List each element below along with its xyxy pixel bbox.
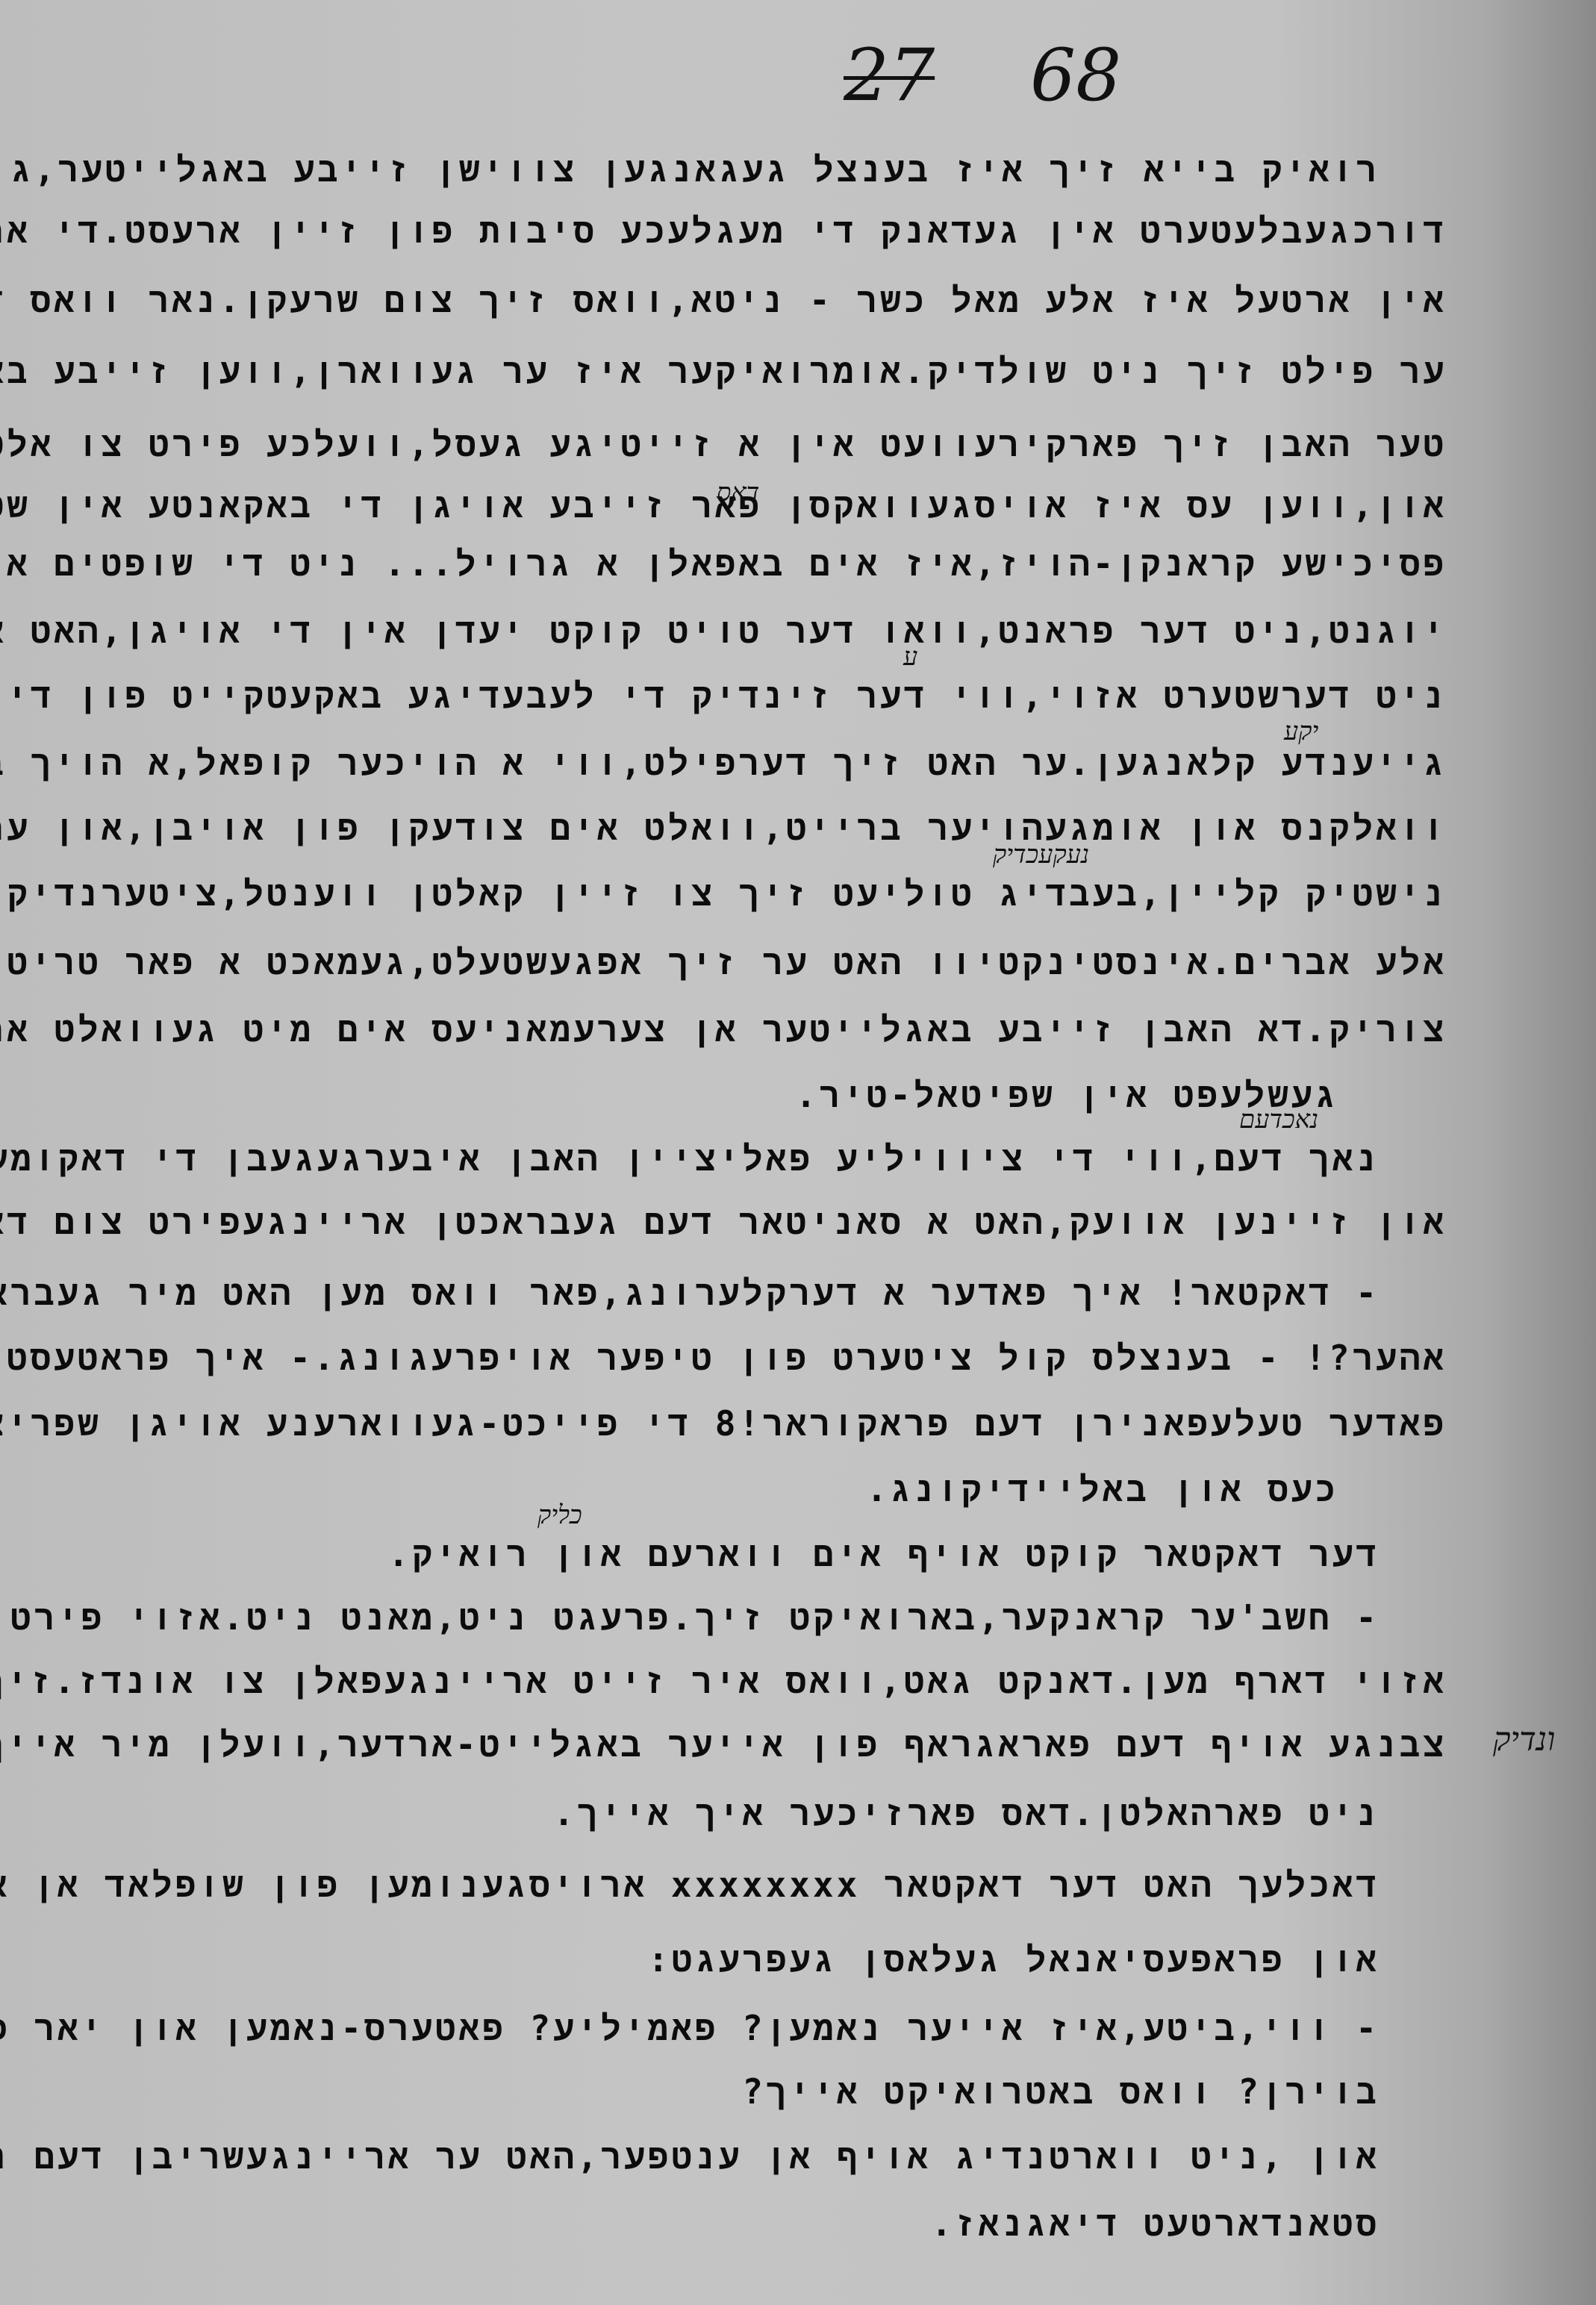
handwritten-note: דאס bbox=[717, 478, 759, 508]
text-line: - דאקטאר! איך פאדער א דערקלערונג,פאר ווא… bbox=[0, 1273, 1380, 1315]
text-line: סטאנדארטעט דיאגנאז. bbox=[931, 2203, 1380, 2246]
text-line: פסיכישע קראנקן-הויז,איז אים באפאלן א גרו… bbox=[0, 543, 1447, 586]
text-line: כעס און באליידיקונג. bbox=[867, 1469, 1338, 1512]
text-line: בוירן? וואס באטרואיקט אייך? bbox=[742, 2071, 1380, 2114]
text-line: טער האבן זיך פארקירעוועט אין א זייטיגע ג… bbox=[0, 424, 1447, 467]
handwritten-note: ע bbox=[903, 642, 917, 672]
text-line: - ווי,ביטע,איז אייער נאמען? פאמיליע? פאט… bbox=[0, 2008, 1380, 2050]
handwritten-note: יקע bbox=[1284, 717, 1318, 746]
handwritten-note: נאכדעם bbox=[1239, 1105, 1318, 1135]
text-line: ער פילט זיך ניט שולדיק.אומרואיקער איז ער… bbox=[0, 351, 1447, 393]
text-line: אזוי דארף מען.דאנקט גאט,וואס איר זייט אר… bbox=[0, 1661, 1447, 1703]
page-number: 68 bbox=[1030, 34, 1121, 117]
text-line: דאכלעך האט דער דאקטאר xxxxxxxx ארויסגענו… bbox=[0, 1865, 1380, 1907]
text-line: ניט דערשטערט אזוי,ווי דער זינדיק די לעבע… bbox=[0, 676, 1447, 718]
text-line: רואיק בייא זיך איז בענצל געגאנגען צווישן… bbox=[0, 149, 1380, 192]
text-line: און ,ניט ווארטנדיג אויף אן ענטפער,האט ער… bbox=[0, 2136, 1380, 2179]
text-line: אהער?! - בענצלס קול ציטערט פון טיפער אוי… bbox=[0, 1338, 1447, 1380]
handwritten-note: נעקעכדיק bbox=[993, 840, 1089, 870]
text-line: פאדער טעלעפאנירן דעם פראקוראר!8 די פייכט… bbox=[0, 1403, 1447, 1446]
text-line: ניט פארהאלטן.דאס פארזיכער איך אייך. bbox=[553, 1793, 1380, 1835]
text-line: און פראפעסיאנאל געלאסן געפרעגט: bbox=[648, 1939, 1380, 1982]
page-number-struck: 27 bbox=[844, 34, 935, 117]
text-line: צבנגע אויף דעם פאראגראף פון אייער באגליי… bbox=[0, 1724, 1447, 1767]
handwritten-margin-note: ונדיק bbox=[1493, 1721, 1555, 1759]
text-line: אין ארטעל איז אלע מאל כשר - ניטא,וואס זי… bbox=[0, 280, 1447, 322]
text-line: און זיינען אוועק,האט א סאניטאר דעם געברא… bbox=[0, 1202, 1447, 1244]
text-line: גייענדע קלאנגען.ער האט זיך דערפילט,ווי א… bbox=[0, 743, 1447, 785]
text-line: וואלקנס און אומגעהויער ברייט,וואלט אים צ… bbox=[0, 808, 1447, 850]
text-line: צוריק.דא האבן זייבע באגלייטער אן צערעמאנ… bbox=[0, 1009, 1447, 1052]
text-line: נישטיק קליין,בעבדיג טוליעט זיך צו זיין ק… bbox=[0, 873, 1447, 916]
text-line: דער דאקטאר קוקט אויף אים ווארעם און רואי… bbox=[388, 1534, 1380, 1576]
handwritten-note: כליק bbox=[537, 1500, 582, 1530]
text-line: דורכגעבלעטערט אין געדאנק די מעגלעכע סיבו… bbox=[0, 210, 1447, 253]
text-line: נאך דעם,ווי די ציוויליע פאליציין האבן אי… bbox=[0, 1138, 1380, 1181]
text-line: יוגנט,ניט דער פראנט,וואו דער טויט קוקט י… bbox=[0, 611, 1447, 653]
text-line: אלע אברים.אינסטינקטיוו האט ער זיך אפגעשט… bbox=[0, 942, 1447, 985]
text-line: - חשב'ער קראנקער,בארואיקט זיך.פרעגט ניט,… bbox=[0, 1597, 1380, 1640]
